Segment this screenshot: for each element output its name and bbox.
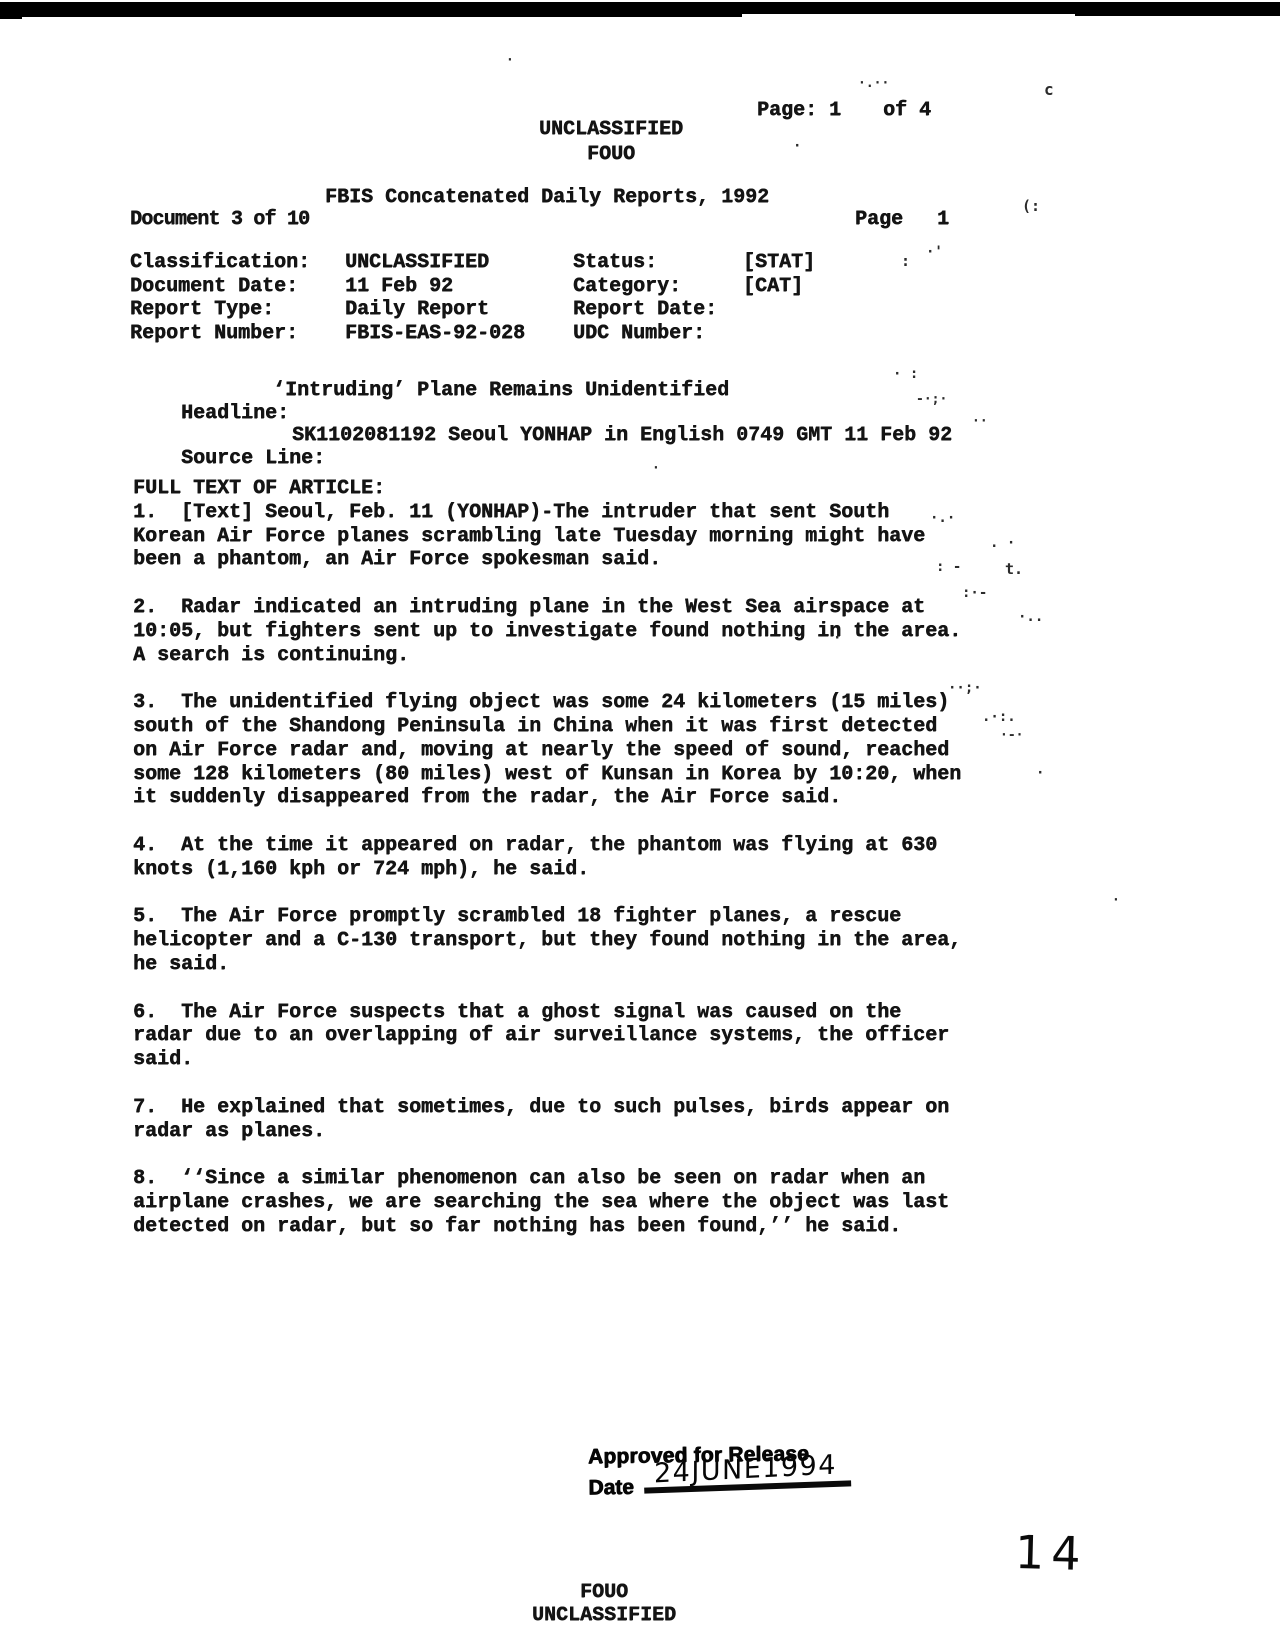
classification-banner: UNCLASSIFIED (539, 118, 683, 141)
article-paragraph: 8. ‘‘Since a similar phenomenon can also… (133, 1167, 1033, 1238)
page-label: Page (855, 208, 903, 231)
source-line-label: Source Line: (181, 447, 325, 470)
article-paragraph: 6. The Air Force suspects that a ghost s… (133, 1001, 1033, 1072)
scan-artifact: . · (990, 535, 1015, 551)
source-line-text: SK1102081192 Seoul YONHAP in English 074… (292, 424, 952, 447)
headline-label: Headline: (181, 402, 289, 425)
scan-artifact: · (833, 630, 841, 646)
scan-artifact: -·;· (916, 392, 947, 407)
page-indicator: Page: 1 (757, 99, 841, 122)
scan-artifact: ·.·· (858, 76, 889, 91)
field-row: Report Type: Daily Report Report Date: (130, 298, 202, 322)
field-value: FBIS-EAS-92-028 (345, 322, 525, 345)
article-paragraph: 7. He explained that sometimes, due to s… (133, 1096, 1033, 1144)
report-title: FBIS Concatenated Daily Reports, 1992 (325, 186, 769, 209)
scan-bar (0, 13, 742, 17)
footer-handling-banner: FOUO (580, 1581, 628, 1604)
scan-bar (0, 2, 22, 19)
scan-artifact: · (793, 138, 801, 154)
scan-artifact: .·:. (982, 709, 1016, 725)
scan-artifact: c (1044, 80, 1054, 99)
page-number: 1 (937, 208, 949, 231)
scan-artifact: ·.· (930, 510, 955, 526)
classification-table: Classification: UNCLASSIFIED Status: [ST… (130, 251, 202, 345)
release-stamp: Approved for Release Date 24JUNE1994 (588, 1441, 909, 1505)
handling-banner: FOUO (587, 143, 635, 166)
field-value: [STAT] (743, 251, 815, 274)
document-position: Document 3 of 10 (130, 208, 309, 231)
article-heading: FULL TEXT OF ARTICLE: (133, 477, 1033, 501)
handwritten-page-number: 14 (1014, 1525, 1088, 1581)
field-label: Category: (573, 275, 681, 298)
field-row: Document Date: 11 Feb 92 Category: [CAT] (130, 275, 202, 299)
scan-artifact: (: (1022, 197, 1040, 215)
scan-artifact: : - (936, 559, 961, 575)
field-row: Classification: UNCLASSIFIED Status: [ST… (130, 251, 202, 275)
article-paragraph: 4. At the time it appeared on radar, the… (133, 834, 1033, 882)
page-indicator-of: of 4 (883, 99, 931, 122)
scan-artifact: · : (893, 366, 918, 382)
scan-artifact: · (506, 53, 514, 68)
scan-artifact: · (652, 461, 660, 476)
article-body: FULL TEXT OF ARTICLE: 1. [Text] Seoul, F… (133, 477, 1033, 1239)
scan-artifact: ·.. (1018, 609, 1043, 625)
article-paragraph: 3. The unidentified flying object was so… (133, 691, 1033, 810)
field-label: Report Number: (130, 322, 298, 345)
field-row: Report Number: FBIS-EAS-92-028 UDC Numbe… (130, 322, 202, 346)
scan-artifact: · (1112, 893, 1120, 908)
document-page: Page: 1 of 4 UNCLASSIFIED FOUO FBIS Conc… (0, 0, 1280, 1632)
field-label: Classification: (130, 251, 310, 274)
field-label: Document Date: (130, 275, 298, 298)
scan-bar (1075, 13, 1280, 16)
article-paragraph: 1. [Text] Seoul, Feb. 11 (YONHAP)-The in… (133, 501, 1033, 572)
scan-artifact: ·-· (1000, 728, 1023, 743)
field-value: 11 Feb 92 (345, 275, 453, 298)
scan-artifact: ·' (926, 244, 943, 260)
field-label: UDC Number: (573, 322, 705, 345)
field-label: Status: (573, 251, 657, 274)
scan-artifact: t. (1005, 560, 1023, 578)
field-value: Daily Report (345, 298, 489, 321)
field-label: Report Date: (573, 298, 717, 321)
article-paragraph: 2. Radar indicated an intruding plane in… (133, 596, 1033, 667)
scan-artifact: ··;· (948, 680, 982, 696)
field-value: [CAT] (743, 275, 803, 298)
field-label: Report Type: (130, 298, 274, 321)
article-paragraph: 5. The Air Force promptly scrambled 18 f… (133, 905, 1033, 976)
headline-text: ‘Intruding’ Plane Remains Unidentified (273, 379, 729, 402)
scan-artifact: : (901, 252, 910, 270)
scan-artifact: · (1036, 765, 1044, 781)
footer-classification-banner: UNCLASSIFIED (532, 1604, 676, 1627)
field-value: UNCLASSIFIED (345, 251, 489, 274)
scan-artifact: ·· (972, 414, 988, 429)
scan-artifact: :·- (962, 585, 987, 601)
